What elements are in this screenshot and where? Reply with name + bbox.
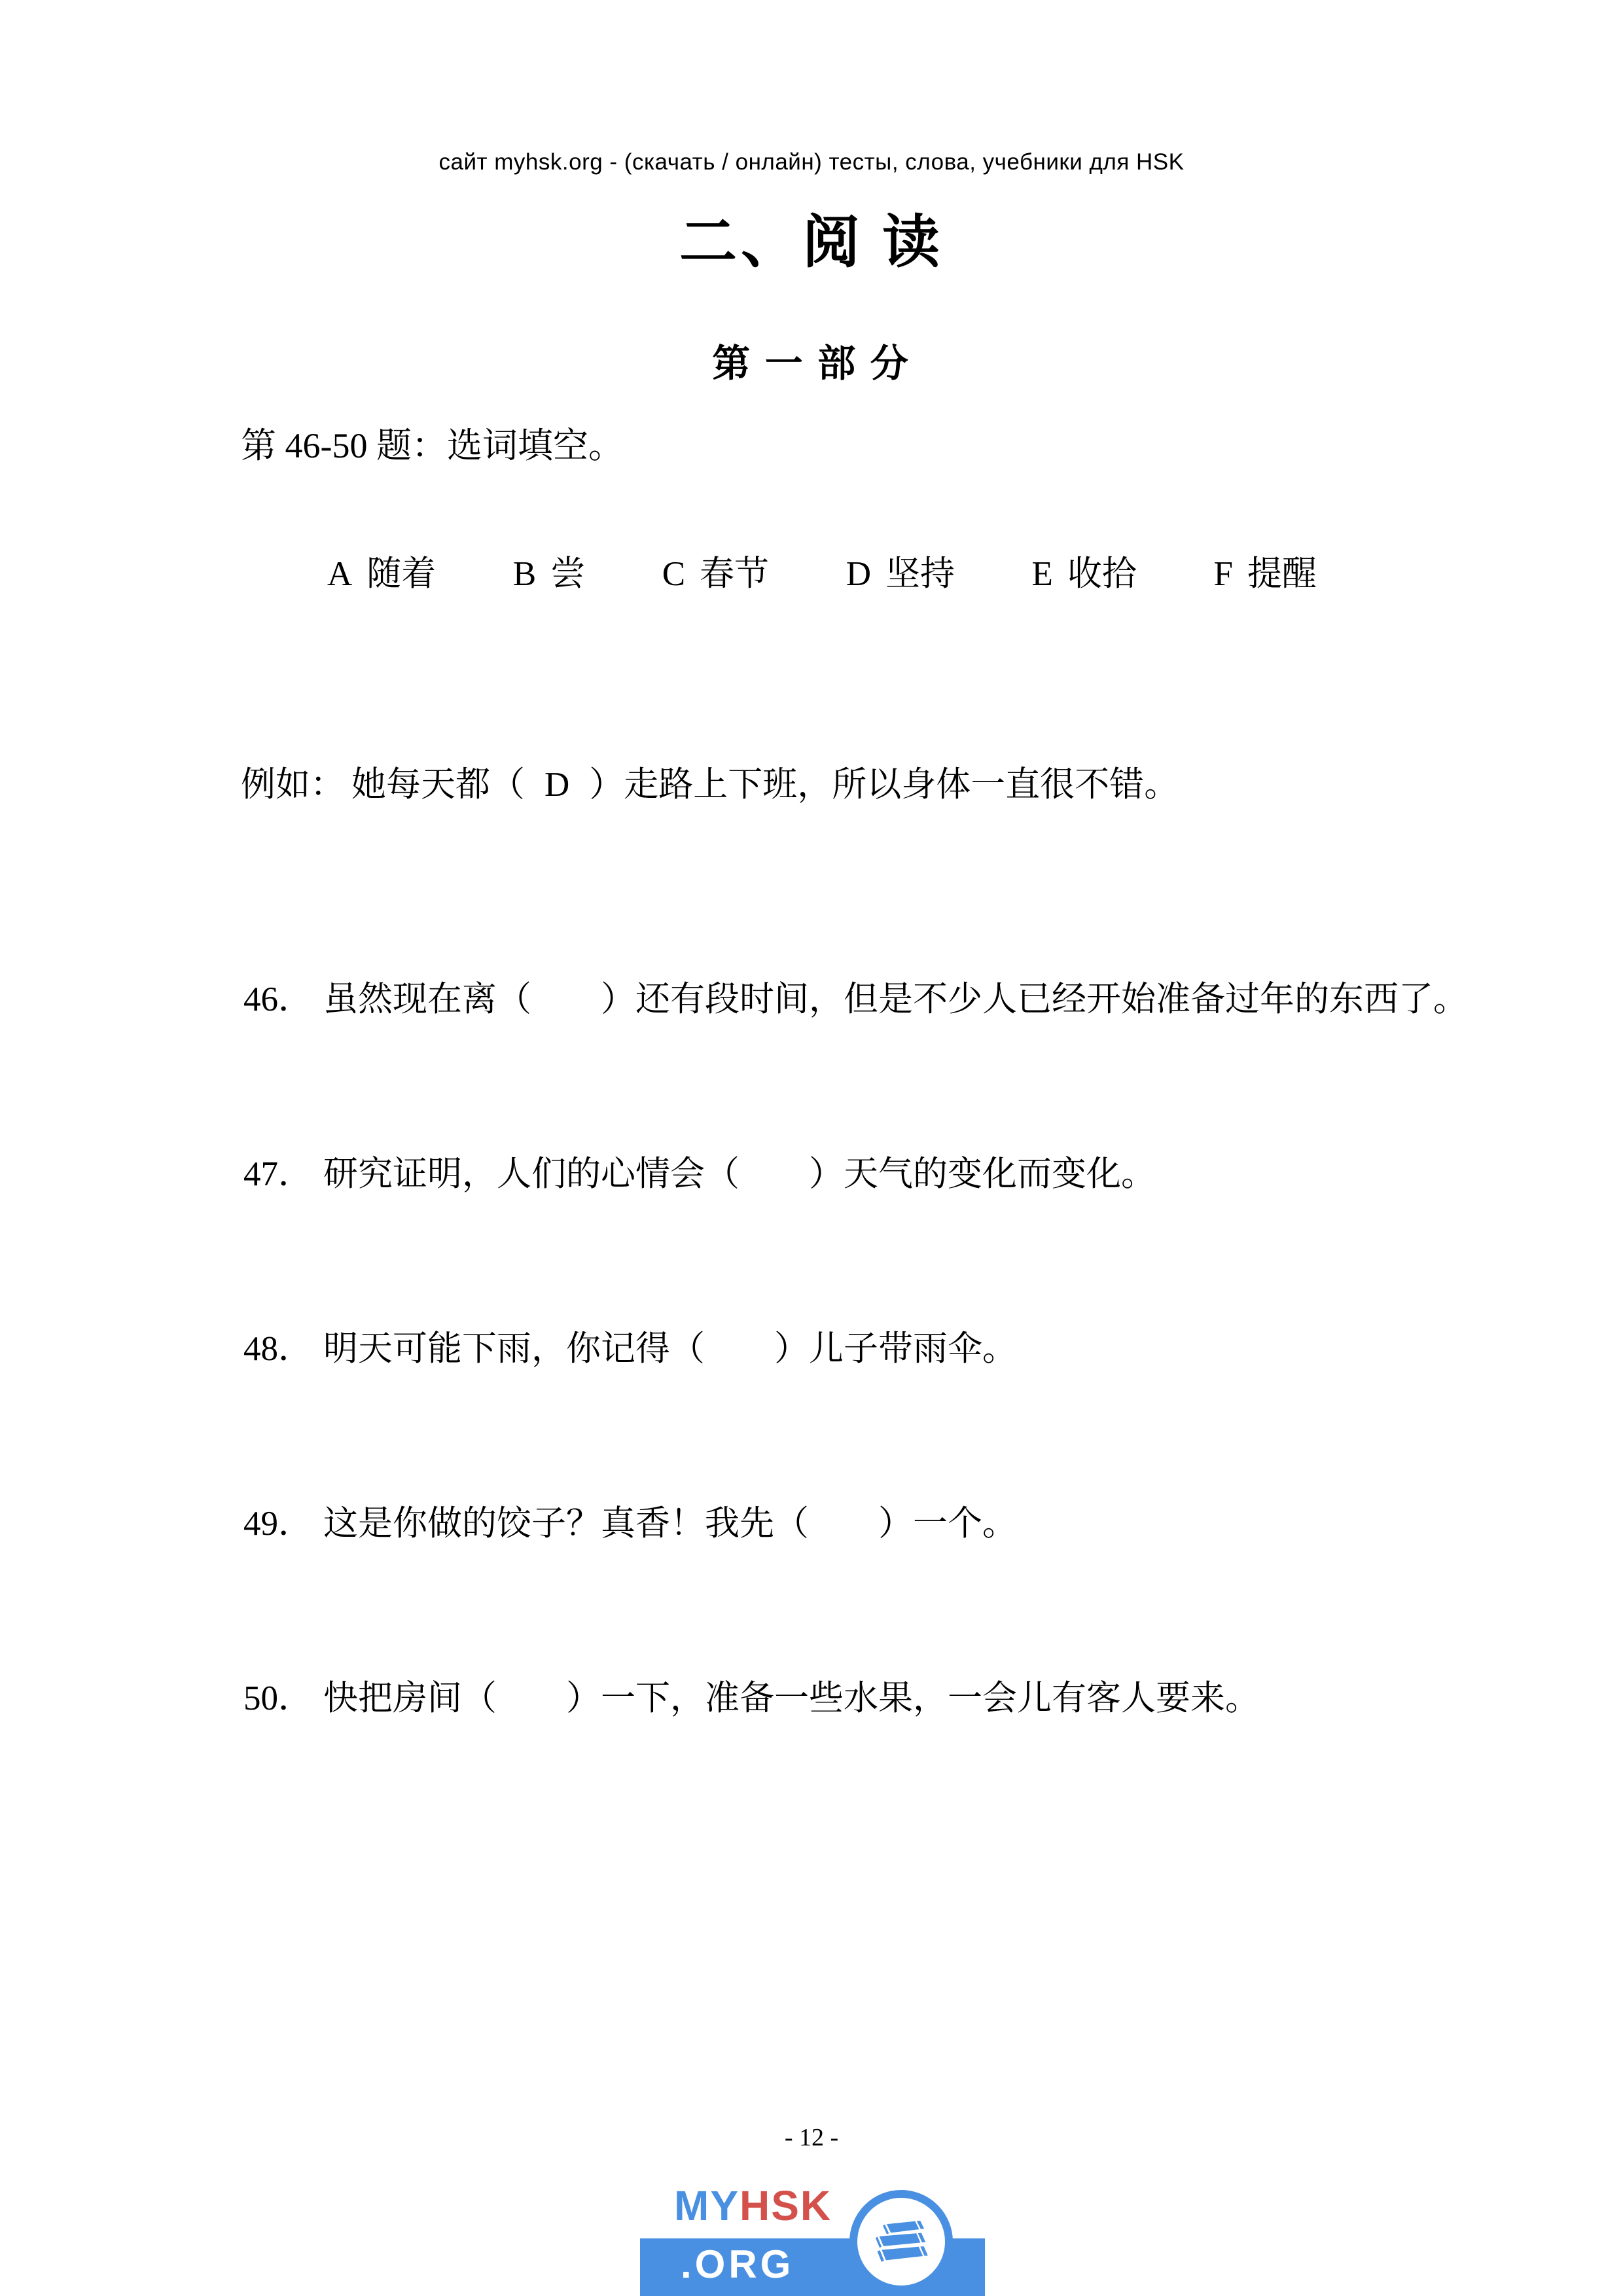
logo-myhsk: MYHSK — [674, 2185, 832, 2227]
logo-org-text: .ORG — [681, 2245, 794, 2284]
option-letter: F — [1213, 555, 1232, 593]
option-word: 春节 — [700, 555, 769, 593]
question-number: 49． — [243, 1505, 313, 1543]
header-site-line: сайт myhsk.org - (скачать / онлайн) тест… — [0, 149, 1623, 175]
part-heading: 第 一 部 分 — [0, 332, 1623, 387]
word-option-f: F提醒 — [1213, 546, 1316, 596]
task-instructions: 第 46-50 题：选词填空。 — [241, 418, 624, 468]
reading-section-title: 二、阅 读 — [0, 196, 1623, 279]
question-text: 这是你做的饺子？真香！我先（ ）一个。 — [323, 1505, 1017, 1543]
option-letter: E — [1032, 555, 1053, 593]
logo-my-text: MY — [674, 2182, 740, 2229]
option-word: 坚持 — [885, 555, 955, 593]
option-word: 随着 — [366, 555, 436, 593]
question-text: 研究证明，人们的心情会（ ）天气的变化而变化。 — [323, 1155, 1156, 1193]
option-letter: A — [327, 555, 352, 593]
question-row-49: 49．这是你做的饺子？真香！我先（ ）一个。 — [243, 1496, 1017, 1545]
question-number: 46． — [243, 980, 313, 1018]
books-icon — [865, 2205, 938, 2278]
word-option-c: C春节 — [662, 546, 769, 596]
option-letter: D — [846, 555, 871, 593]
question-number: 48． — [243, 1330, 313, 1368]
option-letter: C — [662, 555, 685, 593]
question-row-46: 46．虽然现在离（ ）还有段时间，但是不少人已经开始准备过年的东西了。 — [243, 971, 1468, 1021]
example-text-after: ）走路上下班，所以身体一直很不错。 — [589, 766, 1179, 804]
word-bank: A随着 B尝 C春节 D坚持 E收拾 F提醒 — [327, 546, 1317, 596]
example-label: 例如： — [241, 766, 345, 804]
word-option-b: B尝 — [513, 546, 585, 596]
question-row-50: 50．快把房间（ ）一下，准备一些水果，一会儿有客人要来。 — [243, 1670, 1260, 1720]
question-number: 47． — [243, 1155, 313, 1193]
question-row-47: 47．研究证明，人们的心情会（ ）天气的变化而变化。 — [243, 1146, 1156, 1196]
example-line: 例如：她每天都（D）走路上下班，所以身体一直很不错。 — [241, 757, 1179, 806]
page-number: - 12 - — [0, 2123, 1623, 2152]
question-text: 明天可能下雨，你记得（ ）儿子带雨伞。 — [323, 1330, 1017, 1368]
question-row-48: 48．明天可能下雨，你记得（ ）儿子带雨伞。 — [243, 1321, 1017, 1371]
example-answer: D — [544, 766, 569, 804]
option-word: 提醒 — [1247, 555, 1317, 593]
option-word: 收拾 — [1067, 555, 1137, 593]
word-option-d: D坚持 — [846, 546, 955, 596]
question-text: 快把房间（ ）一下，准备一些水果，一会儿有客人要来。 — [323, 1679, 1260, 1717]
logo-hsk-text: HSK — [740, 2182, 832, 2229]
word-option-a: A随着 — [327, 546, 436, 596]
logo-circle — [849, 2190, 953, 2293]
exam-page: сайт myhsk.org - (скачать / онлайн) тест… — [0, 0, 1623, 2296]
question-number: 50． — [243, 1679, 313, 1717]
option-word: 尝 — [550, 555, 585, 593]
word-option-e: E收拾 — [1032, 546, 1137, 596]
example-text-before: 她每天都（ — [351, 766, 525, 804]
option-letter: B — [513, 555, 536, 593]
question-text: 虽然现在离（ ）还有段时间，但是不少人已经开始准备过年的东西了。 — [323, 980, 1468, 1018]
